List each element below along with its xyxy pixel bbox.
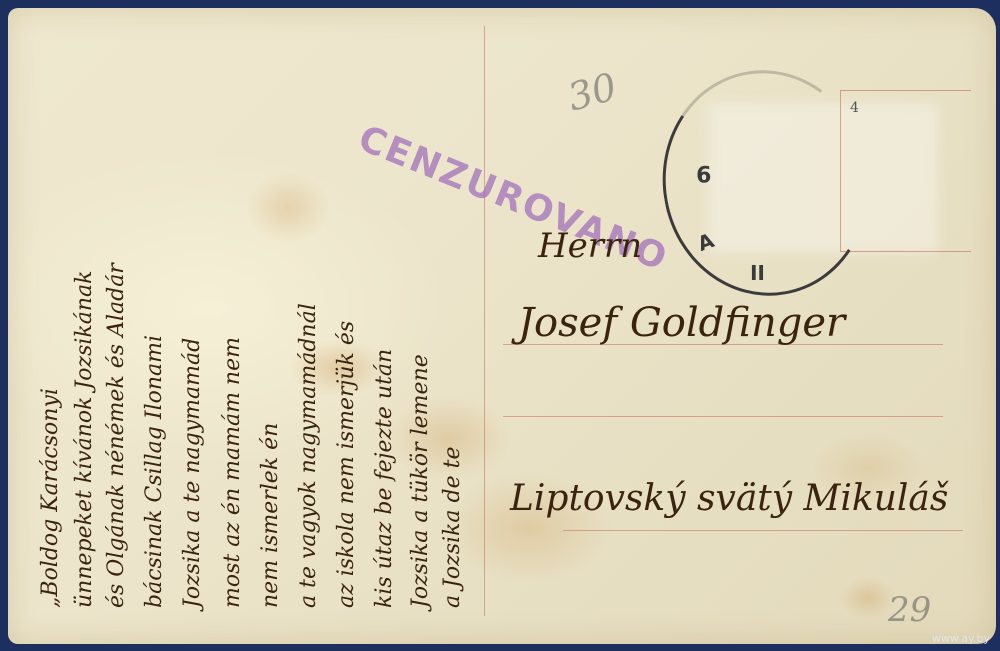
address-salutation: Herrn xyxy=(538,226,642,266)
message-line: ünnepeket kívánok Jozsikának xyxy=(72,270,97,608)
message-line: Jozsika a te nagymamád xyxy=(180,338,205,608)
message-line: nem ismerlek én xyxy=(258,423,283,608)
stamp-box-mark: 4 xyxy=(850,100,859,116)
center-divider-line xyxy=(484,26,485,616)
message-line: az iskola nem ismerjük és xyxy=(334,321,359,608)
message-line: bácsinak Csillag Ilonami xyxy=(142,335,167,608)
message-line: kis útaz be fejezte után xyxy=(372,349,397,608)
message-line: a te vagyok nagymamádnál xyxy=(296,303,321,608)
message-line: a Jozsika de te xyxy=(440,447,465,609)
postmark-digit: 9 xyxy=(696,160,711,185)
pencil-mark-bottom: 29 xyxy=(888,590,931,630)
watermark: www.ay.by xyxy=(932,632,990,645)
address-city: Liptovský svätý Mikuláš xyxy=(510,478,948,519)
pencil-mark-top: 30 xyxy=(563,64,621,119)
address-line-2 xyxy=(503,416,943,417)
message-line: most az én mamám nem xyxy=(220,337,245,608)
address-name: Josef Goldfinger xyxy=(518,300,845,346)
postmark-numeral: II xyxy=(750,260,765,284)
message-line: „Boldog Karácsonyi xyxy=(38,388,63,608)
postcard: 4 9 A II CENZUROVANO 30 29 Herrn Josef G… xyxy=(8,8,996,644)
address-line-3 xyxy=(563,530,963,531)
message-line: Jozsika a tükör lemene xyxy=(408,354,433,608)
message-line: és Olgának nénémek és Aladár xyxy=(104,263,129,608)
